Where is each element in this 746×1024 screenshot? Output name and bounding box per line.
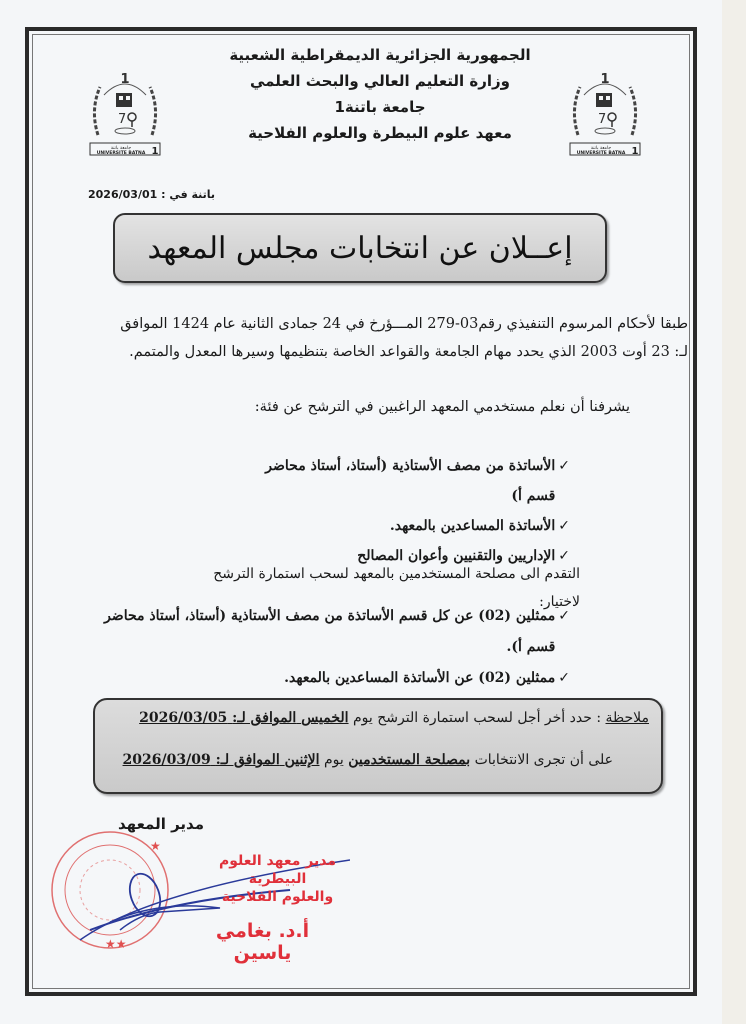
svg-text:UNIVERSITE BATNA: UNIVERSITE BATNA <box>97 150 146 156</box>
list-item: ✓ الأساتذة المساعدين بالمعهد. <box>240 511 570 541</box>
representative-label: ممثلين (02) عن كل قسم الأساتذة من مصف ال… <box>90 601 555 663</box>
note-election-place: بمصلحة المستخدمين <box>348 752 470 768</box>
category-label: الأساتذة المساعدين بالمعهد. <box>390 511 555 541</box>
candidate-categories-list: ✓ الأساتذة من مصف الأستاذية (أستاذ، أستا… <box>240 451 570 571</box>
announcement-title: إعــلان عن انتخابات مجلس المعهد <box>147 231 572 266</box>
check-icon: ✓ <box>558 663 570 694</box>
page-edge <box>722 0 746 1024</box>
note-deadline-text: : حدد أخر أجل لسحب استمارة الترشح يوم <box>353 710 601 726</box>
svg-text:7: 7 <box>598 112 606 127</box>
announcement-title-box: إعــلان عن انتخابات مجلس المعهد <box>113 213 607 283</box>
university-logo-left: 1 7 ﺟﺎﻣﻌﺔ ﺑﺎﺗﻨﺔ UNIVERSITE BATNA 1 <box>86 65 164 163</box>
header-ministry: وزارة التعليم العالي والبحث العلمي <box>200 68 560 94</box>
svg-text:1: 1 <box>152 146 159 157</box>
institution-header: الجمهورية الجزائرية الديمقراطية الشعبية … <box>200 42 560 146</box>
legal-reference-paragraph: طبقا لأحكام المرسوم التنفيذي رقم03-279 ا… <box>70 310 688 366</box>
date-value: 2026/03/01 <box>88 188 157 201</box>
list-item: ✓ ممثلين (02) عن كل قسم الأساتذة من مصف … <box>90 601 570 663</box>
svg-text:7: 7 <box>118 112 126 127</box>
note-deadline-line: ملاحظة : حدد أخر أجل لسحب استمارة الترشح… <box>139 710 649 726</box>
svg-text:1: 1 <box>632 146 639 157</box>
note-election-text: على أن تجرى الانتخابات <box>475 752 613 768</box>
svg-text:UNIVERSITE BATNA: UNIVERSITE BATNA <box>577 150 626 156</box>
stamp-director-title: مدير معهد العلوم البيطرية والعلوم الفلاح… <box>195 852 360 906</box>
note-election-yom: يوم <box>324 752 344 768</box>
legal-reference-line-1: طبقا لأحكام المرسوم التنفيذي رقم03-279 ا… <box>70 310 688 338</box>
svg-text:1: 1 <box>600 72 609 87</box>
check-icon: ✓ <box>558 451 570 511</box>
list-item: ✓ الأساتذة من مصف الأستاذية (أستاذ، أستا… <box>240 451 570 511</box>
header-university: جامعة باتنة1 <box>200 94 560 120</box>
header-institute: معهد علوم البيطرة والعلوم الفلاحية <box>200 120 560 146</box>
note-label: ملاحظة <box>606 710 650 726</box>
check-icon: ✓ <box>558 601 570 663</box>
representative-label: ممثلين (02) عن الأساتذة المساعدين بالمعه… <box>284 663 555 694</box>
lead-sentence: يشرفنا أن نعلم مستخدمي المعهد الراغبين ف… <box>120 393 630 421</box>
svg-text:1: 1 <box>120 72 129 87</box>
list-item: ✓ ممثلين (02) عن الأساتذة المساعدين بالم… <box>90 663 570 694</box>
date-label: باتنة في : <box>161 188 215 201</box>
university-logo-right: 1 7 ﺟﺎﻣﻌﺔ ﺑﺎﺗﻨﺔ UNIVERSITE BATNA 1 <box>566 65 644 163</box>
category-label: الأساتذة من مصف الأستاذية (أستاذ، أستاذ … <box>240 451 555 511</box>
note-box: ملاحظة : حدد أخر أجل لسحب استمارة الترشح… <box>93 698 663 794</box>
header-republic: الجمهورية الجزائرية الديمقراطية الشعبية <box>200 42 560 68</box>
svg-text:★: ★ <box>150 839 161 853</box>
issue-date: باتنة في : 2026/03/01 <box>88 188 215 201</box>
check-icon: ✓ <box>558 511 570 541</box>
stamp-director-name: أ.د. بغامي ياسين <box>190 920 335 964</box>
note-election-line: على أن تجرى الانتخابات بمصلحة المستخدمين… <box>123 752 613 768</box>
note-election-day: الإثنين الموافق لـ: 2026/03/09 <box>123 752 320 768</box>
legal-reference-line-2: لـ: 23 أوت 2003 الذي يحدد مهام الجامعة و… <box>70 338 688 366</box>
note-deadline-day: الخميس الموافق لـ: 2026/03/05 <box>139 710 348 726</box>
svg-text:★★: ★★ <box>105 937 127 951</box>
